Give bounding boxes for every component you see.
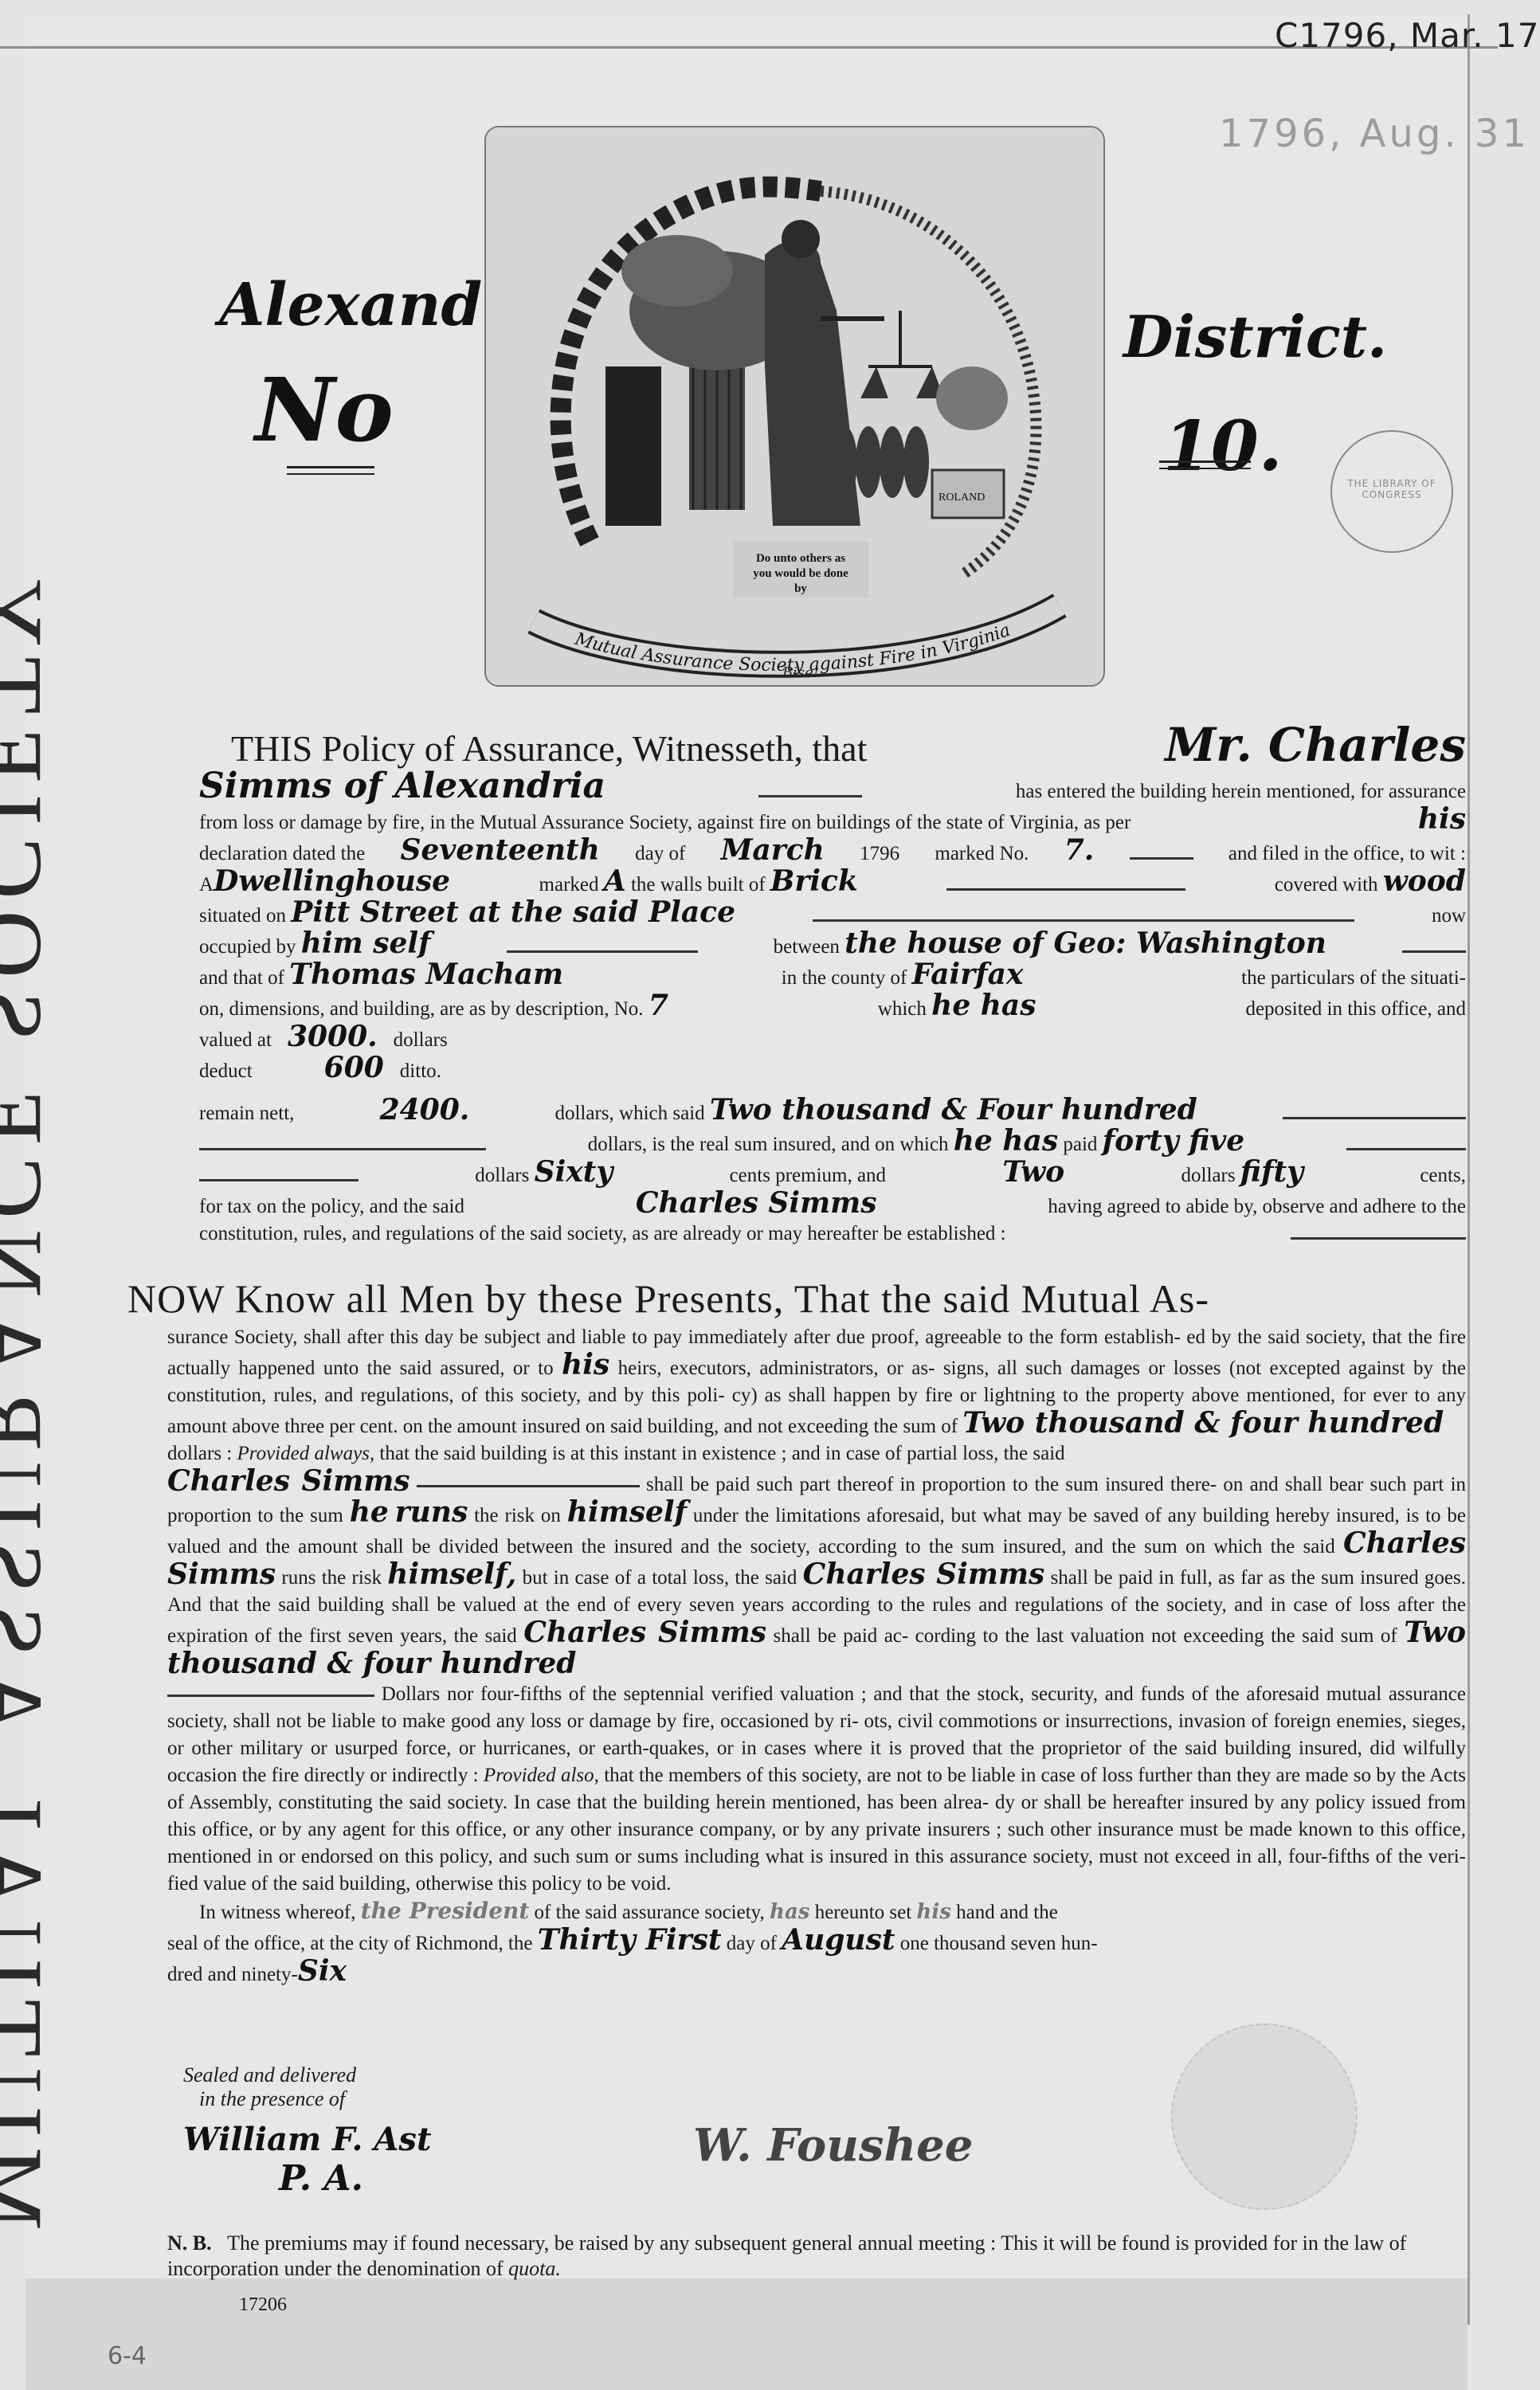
declaration-month: March <box>721 836 825 864</box>
engraved-vignette: ROLAND Do unto others as you would be do… <box>484 126 1105 687</box>
premium-cents: Sixty <box>535 1155 613 1189</box>
tax-dollars: Two <box>1002 1158 1064 1185</box>
declaration-day: Seventeenth <box>401 836 600 864</box>
number-label: No <box>255 358 394 461</box>
number-underline <box>287 466 374 475</box>
nota-bene: N. B. The premiums may if found necessar… <box>167 2231 1458 2282</box>
adjoining-house: the house of Geo: Washington <box>844 927 1326 960</box>
altar-label: ROLAND <box>938 492 985 503</box>
insured-title: Mr. Charles <box>1165 721 1466 769</box>
print-number: 17206 <box>239 2294 287 2316</box>
catalog-note: C1796, Mar. 17 <box>1275 16 1539 55</box>
county: Fairfax <box>912 958 1024 991</box>
now-clause-text: surance Society, shall after this day be… <box>167 1324 1466 1988</box>
signing-month: August <box>782 1923 895 1957</box>
engraver-mark: Bise! <box>782 664 819 681</box>
premium-dollars: forty five <box>1103 1124 1245 1158</box>
president-signature: W. Foushee <box>693 2119 973 2172</box>
vignette-illustration-icon: ROLAND Do unto others as you would be do… <box>486 127 1103 685</box>
valued-amount: 3000. <box>288 1023 378 1050</box>
border-vertical-text: MUTUAL ASSURANCE SOCIETY <box>0 159 64 2231</box>
district-number: 10. <box>1163 406 1283 487</box>
decorative-border: MUTUAL ASSURANCE SOCIETY <box>32 159 151 2231</box>
district-label: District. <box>1123 303 1387 370</box>
svg-text:Do unto others as: Do unto others as <box>756 552 845 565</box>
officer-title: the President <box>361 1898 530 1924</box>
tax-cents: fifty <box>1240 1155 1303 1189</box>
signing-day: Thirty First <box>538 1923 722 1957</box>
district-underline <box>1159 460 1251 469</box>
declaration-year: 1796 <box>860 840 899 868</box>
occupant: him self <box>301 927 431 960</box>
scanned-document: C1796, Mar. 17 1796, Aug. 31 MUTUAL ASSU… <box>0 0 1540 2390</box>
roof-material: wood <box>1383 864 1466 898</box>
remain-nett-amount: 2400. <box>380 1096 470 1123</box>
building-type: Dwellinghouse <box>214 864 450 898</box>
embossed-seal <box>1171 2024 1358 2210</box>
description-number: 7 <box>649 989 668 1022</box>
pencil-date-note: 1796, Aug. 31 <box>1219 112 1530 156</box>
insured-surname: Simms of Alexandria <box>199 773 605 800</box>
catalog-rule <box>0 46 1498 49</box>
witness-initials: P. A. <box>279 2158 431 2199</box>
now-know-heading: NOW Know all Men by these Presents, That… <box>127 1273 1466 1324</box>
wall-material: Brick <box>770 864 858 898</box>
marked-number: 7. <box>1064 836 1095 864</box>
neighbor-name: Thomas Macham <box>289 958 563 991</box>
signing-year-end: Six <box>298 1954 347 1988</box>
corner-pencil-note: 6-4 <box>108 2342 147 2370</box>
sum-in-words: Two thousand & Four hundred <box>710 1093 1197 1126</box>
svg-text:by: by <box>794 582 807 595</box>
policy-line-1: Simms of Alexandria has entered the buil… <box>199 773 1466 805</box>
deduct-amount: 600 <box>324 1054 384 1081</box>
situated-location: Pitt Street at the said Place <box>291 895 735 929</box>
library-stamp: THE LIBRARY OF CONGRESS <box>1330 430 1453 553</box>
policy-body: THIS Policy of Assurance, Witnesseth, th… <box>199 721 1466 1988</box>
witness-block: Sealed and delivered in the presence of … <box>183 2063 431 2199</box>
svg-text:you would be done: you would be done <box>753 567 848 580</box>
insured-name: Charles Simms <box>167 1464 410 1498</box>
witness-signature: William F. Ast <box>183 2121 431 2158</box>
insured-name: Charles Simms <box>636 1189 877 1217</box>
